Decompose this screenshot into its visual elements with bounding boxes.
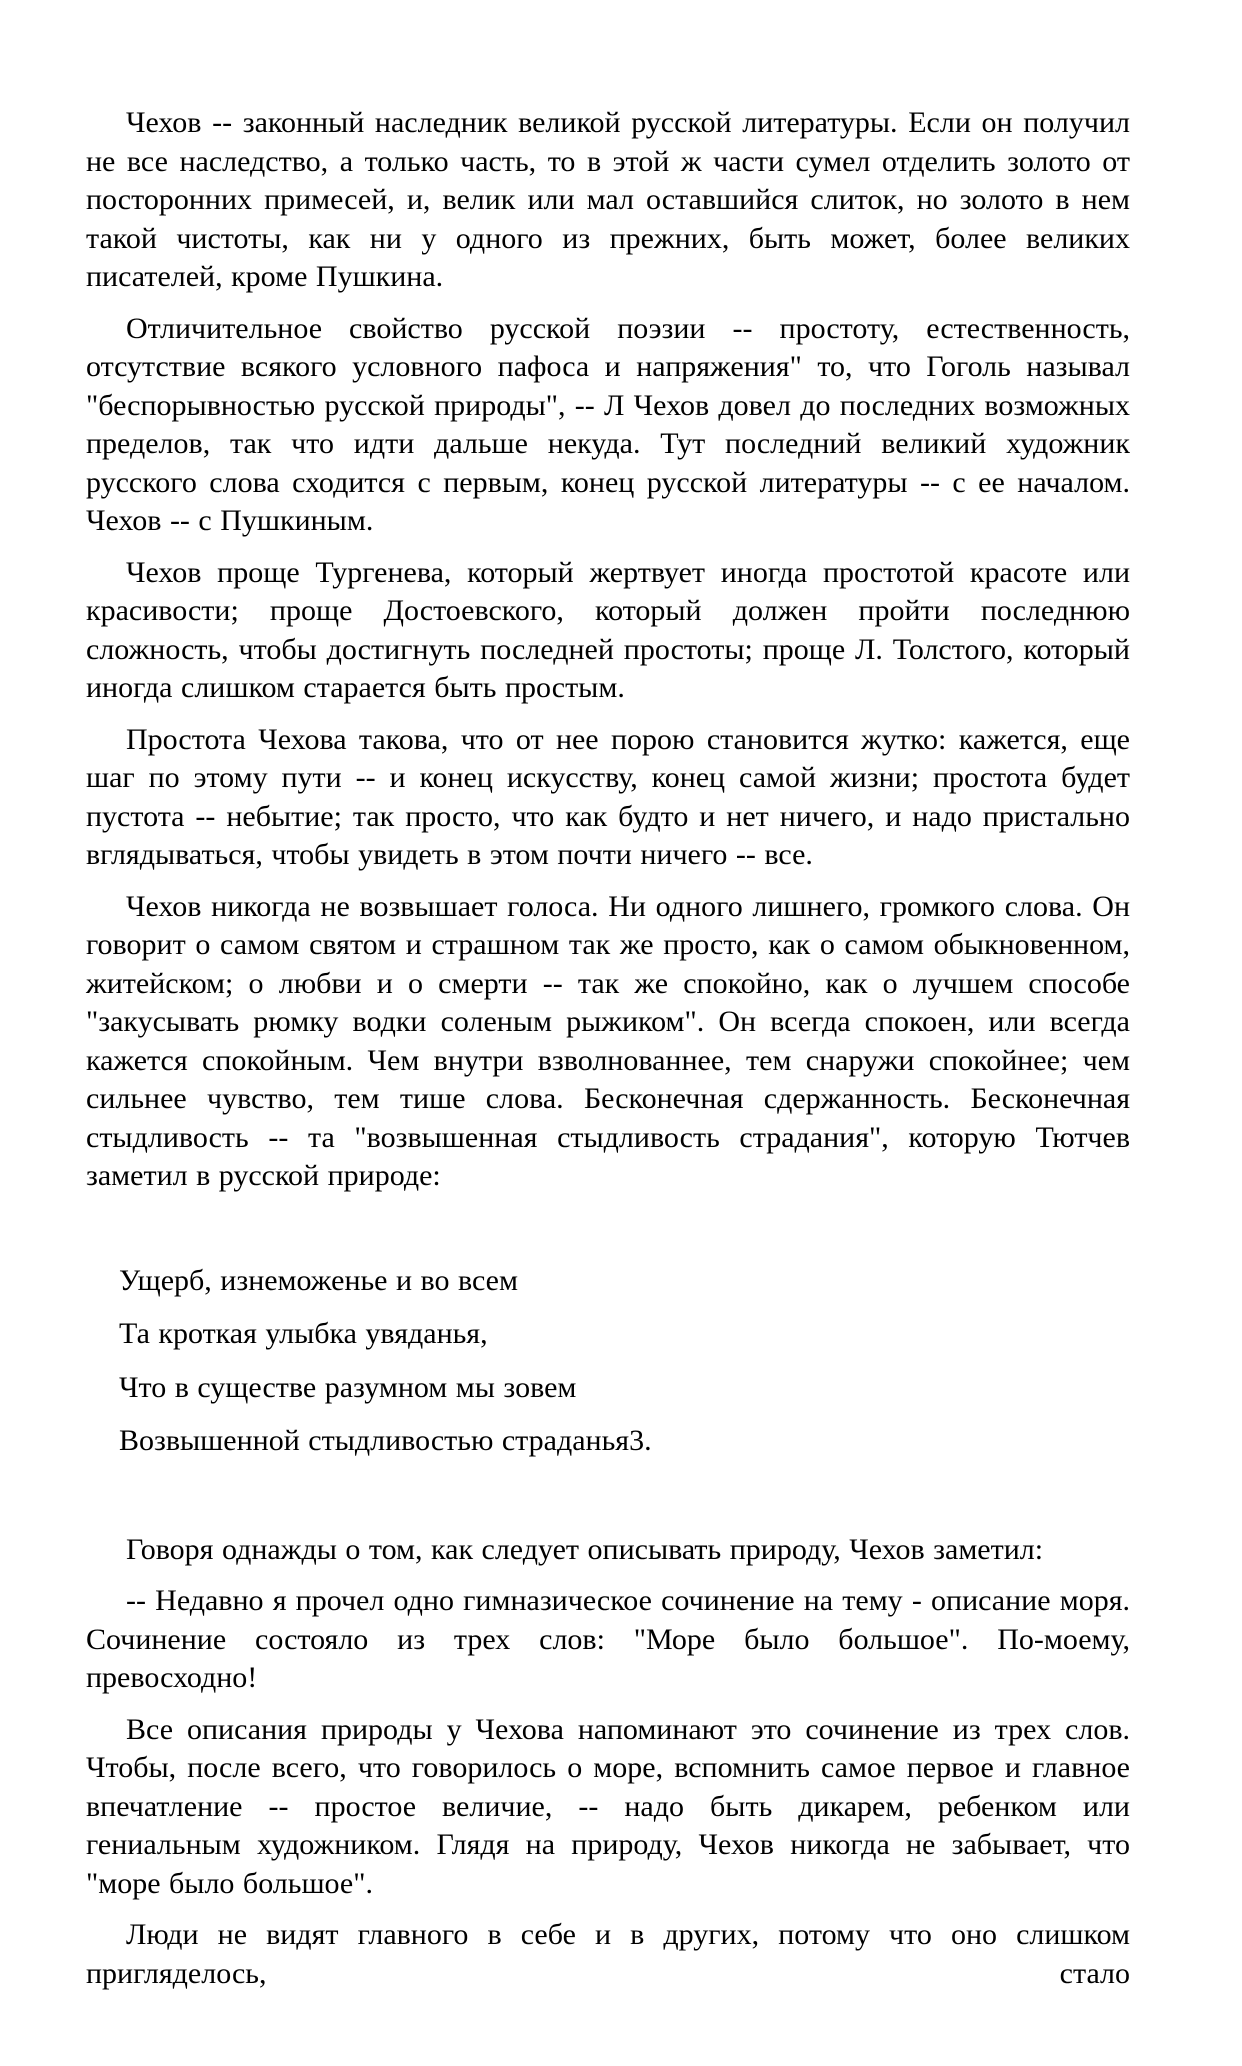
document-page: Чехов -- законный наследник великой русс… — [0, 0, 1242, 2066]
paragraph: Чехов никогда не возвышает голоса. Ни од… — [86, 888, 1130, 1196]
paragraph: Люди не видят главного в себе и в других… — [86, 1916, 1130, 1993]
paragraph: Говоря однажды о том, как следует описыв… — [86, 1531, 1130, 1570]
verse-line: Ущерб, изнеможенье и во всем — [86, 1262, 1130, 1301]
paragraph: -- Недавно я прочел одно гимназическое с… — [86, 1582, 1130, 1698]
verse-line: Возвышенной стыдливостью страданья3. — [86, 1422, 1130, 1461]
paragraph: Отличительное свойство русской поэзии --… — [86, 310, 1130, 541]
paragraph: Простота Чехова такова, что от нее порою… — [86, 721, 1130, 875]
verse-line: Та кроткая улыбка увяданья, — [86, 1315, 1130, 1354]
paragraph: Все описания природы у Чехова напоминают… — [86, 1711, 1130, 1904]
document-content: Чехов -- законный наследник великой русс… — [86, 104, 1130, 1993]
verse-line: Что в существе разумном мы зовем — [86, 1369, 1130, 1408]
paragraph: Чехов -- законный наследник великой русс… — [86, 104, 1130, 297]
paragraph: Чехов проще Тургенева, который жертвует … — [86, 554, 1130, 708]
